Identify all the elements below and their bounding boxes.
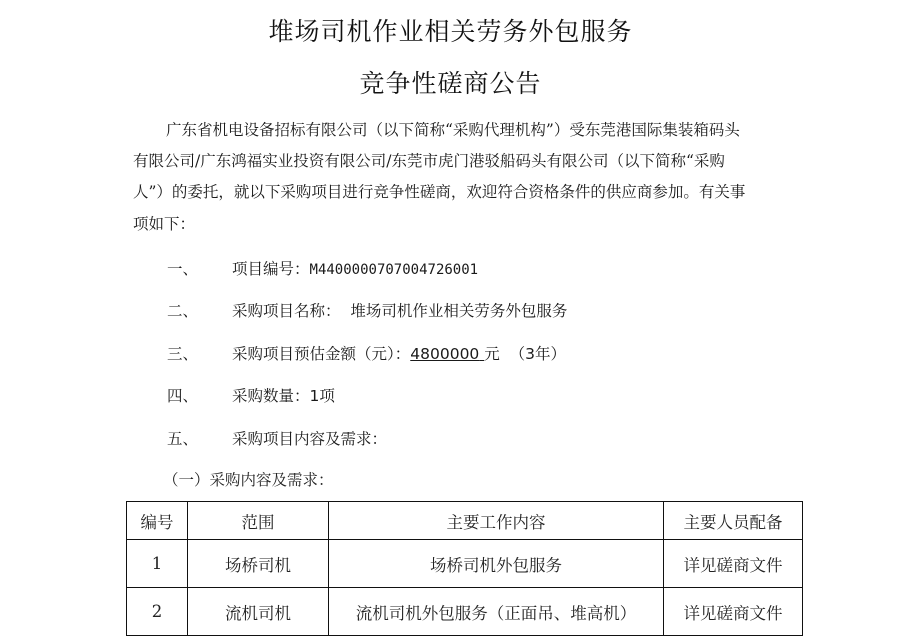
intro-line-1: 广东省机电设备招标有限公司（以下简称“采购代理机构”）受东莞港国际集装箱码头 [166,118,740,140]
item-3-label: 采购项目预估金额（元）： [232,345,410,363]
item-2-number: 二、 [167,299,198,321]
header-content: 主要工作内容 [329,502,664,540]
table-row: 1 场桥司机 场桥司机外包服务 详见磋商文件 [127,540,803,588]
table-header-row: 编号 范围 主要工作内容 主要人员配备 [127,502,803,540]
item-4: 采购数量：1项 [232,384,335,406]
cell-content: 场桥司机外包服务 [329,540,664,588]
project-number: M4400000707004726001 [310,262,479,278]
item-3: 采购项目预估金额（元）：4800000 元 （3年） [232,342,566,364]
header-number: 编号 [127,502,188,540]
cell-scope: 场桥司机 [188,540,329,588]
amount-duration: （3年） [510,345,566,363]
cell-staffing: 详见磋商文件 [664,588,803,636]
header-scope: 范围 [188,502,329,540]
document-title: 堆场司机作业相关劳务外包服务 [0,12,901,48]
requirements-table: 编号 范围 主要工作内容 主要人员配备 1 场桥司机 场桥司机外包服务 详见磋商… [126,501,803,636]
amount-value: 4800000 [410,345,479,363]
item-4-number: 四、 [167,384,198,406]
item-4-label: 采购数量： [232,387,310,405]
table-row: 2 流机司机 流机司机外包服务（正面吊、堆高机） 详见磋商文件 [127,588,803,636]
header-staffing: 主要人员配备 [664,502,803,540]
quantity-value: 1项 [310,387,335,405]
item-2: 采购项目名称： 堆场司机作业相关劳务外包服务 [232,299,567,321]
item-5-label: 采购项目内容及需求： [232,427,387,449]
item-1-number: 一、 [167,257,198,279]
item-2-label: 采购项目名称： [232,302,341,320]
cell-content: 流机司机外包服务（正面吊、堆高机） [329,588,664,636]
cell-staffing: 详见磋商文件 [664,540,803,588]
cell-number: 1 [127,540,188,588]
item-1-label: 项目编号： [232,260,310,278]
cell-number: 2 [127,588,188,636]
subheading: （一）采购内容及需求： [163,468,334,490]
project-name: 堆场司机作业相关劳务外包服务 [350,302,567,320]
item-1: 项目编号：M4400000707004726001 [232,257,478,279]
intro-line-2: 有限公司/广东鸿福实业投资有限公司/东莞市虎门港驳船码头有限公司（以下简称“采购 [133,149,725,171]
intro-line-3: 人”）的委托，就以下采购项目进行竞争性磋商，欢迎符合资格条件的供应商参加。有关事 [133,180,745,202]
amount-unit: 元 [484,345,500,363]
item-5-number: 五、 [167,427,198,449]
item-3-number: 三、 [167,342,198,364]
estimated-amount: 4800000 [410,345,484,363]
cell-scope: 流机司机 [188,588,329,636]
document-subtitle: 竞争性磋商公告 [0,64,901,100]
intro-line-4: 项如下： [133,212,195,234]
